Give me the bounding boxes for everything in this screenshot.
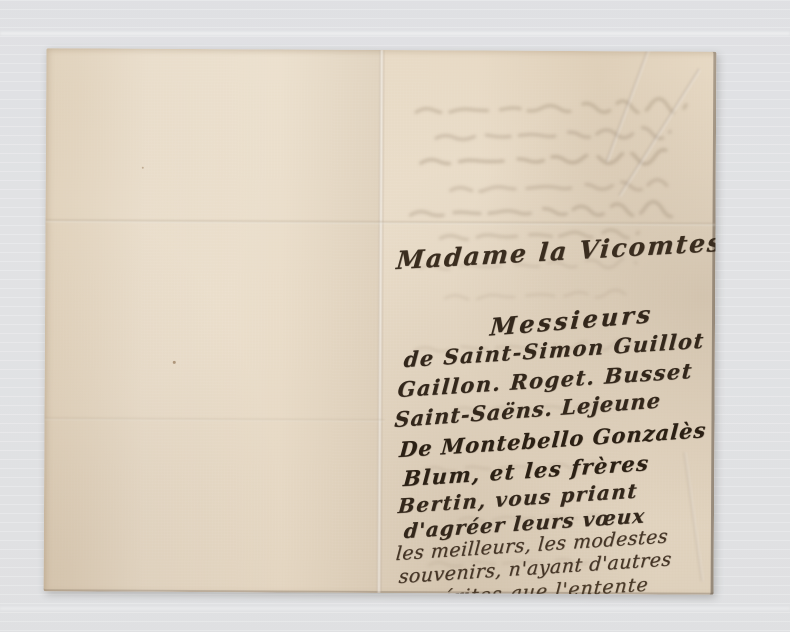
- paper-speck: [142, 167, 144, 169]
- photo-background: Madame la Vicomtesse Messieurs de Saint-…: [0, 0, 790, 632]
- letter-paper: Madame la Vicomtesse Messieurs de Saint-…: [44, 48, 717, 595]
- paper-speck: [173, 361, 176, 364]
- scanner-light-band: [0, 32, 790, 35]
- scanner-light-band: [0, 607, 790, 610]
- written-right-page: Madame la Vicomtesse Messieurs de Saint-…: [379, 50, 717, 595]
- paper-speck: [514, 439, 516, 441]
- blank-left-page: [44, 48, 382, 593]
